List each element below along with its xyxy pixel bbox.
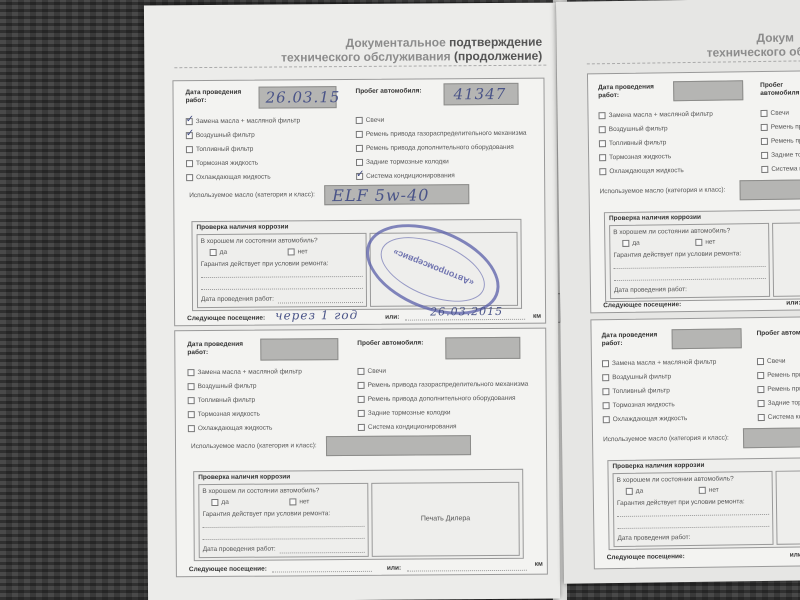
condition-no[interactable]: нет [289, 498, 309, 505]
checkbox[interactable] [187, 369, 194, 376]
warranty-label: Гарантия действует при условии ремонта: [201, 260, 329, 269]
check-spark-plugs[interactable]: Свечи [757, 358, 786, 365]
km-line [405, 319, 525, 321]
checkbox[interactable] [599, 154, 606, 161]
check-spark-plugs[interactable]: Свечи [760, 110, 789, 117]
work-date-line [280, 552, 365, 554]
warranty-line-1 [614, 266, 766, 269]
km-label: км [535, 561, 543, 569]
warranty-label: Гарантия действует при условии ремонта: [617, 498, 745, 508]
check-accessory-belt[interactable]: Ремень привода дополнительного оборудова… [356, 144, 514, 152]
check-rear-brake-pads[interactable]: Задние тормозные колодки [758, 399, 800, 407]
date-label: Дата проведения работ: [187, 341, 247, 357]
divider [174, 65, 546, 69]
checkbox[interactable] [357, 368, 364, 375]
check-brake-fluid[interactable]: Тормозная жидкость [188, 411, 260, 419]
check-air-filter[interactable]: Воздушный фильтр [188, 383, 257, 390]
checkbox[interactable] [358, 382, 365, 389]
work-date-line [278, 302, 363, 304]
dealer-stamp-placeholder: Печать Дилера [372, 515, 518, 524]
km-label: км [533, 313, 541, 321]
warranty-label: Гарантия действует при условии ремонта: [202, 510, 330, 519]
work-date-label: Дата проведения работ: [617, 534, 690, 543]
km-line [407, 570, 527, 572]
work-date-label: Дата проведения работ: [614, 286, 687, 295]
checkbox[interactable] [602, 374, 609, 381]
check-coolant[interactable]: Охлаждающая жидкость [603, 415, 688, 423]
dealer-stamp-area: Печать Дилера [371, 482, 520, 557]
service-record-4: Дата проведения работ: Пробег автомобиля… [590, 316, 800, 569]
check-timing-belt[interactable]: Ремень привода газораспределительного ме… [761, 122, 800, 131]
checkbox[interactable] [757, 372, 764, 379]
checkbox[interactable] [760, 110, 767, 117]
date-field[interactable] [672, 328, 742, 349]
work-date-label: Дата проведения работ: [201, 296, 274, 305]
oil-label: Используемое масло (категория и класс): [189, 191, 315, 200]
corrosion-heading: Проверка наличия коррозии [196, 223, 288, 232]
oil-label: Используемое масло (категория и класс): [191, 442, 317, 451]
checkbox[interactable] [186, 160, 193, 167]
dealer-stamp-area [772, 222, 800, 297]
checkbox[interactable] [356, 145, 363, 152]
check-air-filter[interactable]: Воздушный фильтр [602, 373, 671, 381]
corrosion-questions: В хорошем ли состоянии автомобиль? да не… [613, 471, 774, 547]
checkbox[interactable] [602, 360, 609, 367]
condition-question: В хорошем ли состоянии автомобиль? [613, 227, 730, 237]
checkbox[interactable] [599, 126, 606, 133]
page-title: Докум технического обс [706, 30, 800, 59]
checkbox[interactable] [761, 124, 768, 131]
checkbox[interactable] [761, 152, 768, 159]
checkbox[interactable] [289, 498, 296, 505]
warranty-line-1 [201, 276, 363, 278]
date-field[interactable] [260, 338, 338, 361]
page-title: Документальное подтверждение техническог… [281, 35, 542, 65]
check-coolant[interactable]: Охлаждающая жидкость [599, 167, 684, 175]
checkbox[interactable] [188, 383, 195, 390]
checkbox[interactable] [603, 402, 610, 409]
corrosion-heading: Проверка наличия коррозии [612, 462, 704, 471]
mileage-label: Пробег автомобиля: [760, 81, 800, 98]
date-label: Дата проведения работ: [186, 89, 246, 105]
check-brake-fluid[interactable]: Тормозная жидкость [186, 160, 258, 168]
check-timing-belt[interactable]: Ремень привода газораспределительного ме… [757, 370, 800, 379]
mileage-label: Пробег автомобиля: [357, 340, 423, 348]
warranty-line-2 [203, 538, 365, 540]
check-oil-filter[interactable]: Замена масла + масляной фильтр [187, 368, 301, 376]
checkbox[interactable] [626, 488, 633, 495]
checkbox[interactable] [356, 159, 363, 166]
stamp-date: 26.03.2015 [430, 305, 503, 319]
corrosion-check-section: Проверка наличия коррозии В хорошем ли с… [604, 209, 800, 302]
or-label: или: [387, 565, 401, 573]
checkbox[interactable] [186, 132, 193, 139]
oil-field[interactable] [743, 427, 800, 448]
checkbox[interactable] [186, 146, 193, 153]
warranty-line-1 [617, 514, 769, 517]
divider [587, 60, 800, 64]
mileage-label: Пробег автомобиля: [356, 88, 422, 96]
checkbox[interactable] [699, 487, 706, 494]
next-visit-label: Следующее посещение: [187, 315, 265, 323]
checkbox[interactable] [210, 249, 217, 256]
check-ac-system[interactable]: Система кондиционирования [356, 172, 455, 180]
checkbox[interactable] [761, 138, 768, 145]
corrosion-questions: В хорошем ли состоянии автомобиль? да не… [197, 233, 368, 308]
service-record-2: Дата проведения работ: Пробег автомобиля… [174, 328, 548, 578]
or-label: или: [786, 299, 800, 307]
condition-yes[interactable]: да [210, 249, 227, 256]
left-page: Документальное подтверждение техническог… [144, 3, 560, 600]
checkbox[interactable] [758, 414, 765, 421]
checkbox[interactable] [186, 174, 193, 181]
next-visit-label: Следующее посещение: [189, 566, 267, 574]
mileage-label: Пробег автомобиля: [757, 329, 800, 338]
oil-field[interactable] [739, 179, 800, 200]
corrosion-heading: Проверка наличия коррозии [198, 473, 290, 482]
check-fuel-filter[interactable]: Топливный фильтр [599, 139, 667, 147]
checkbox[interactable] [356, 117, 363, 124]
check-fuel-filter[interactable]: Топливный фильтр [602, 387, 670, 395]
checkbox[interactable] [758, 400, 765, 407]
check-spark-plugs[interactable]: Свечи [356, 117, 385, 124]
corrosion-check-section: Проверка наличия коррозии В хорошем ли с… [193, 469, 524, 561]
check-timing-belt[interactable]: Ремень привода газораспределительного ме… [358, 381, 529, 389]
corrosion-questions: В хорошем ли состоянии автомобиль? да не… [198, 483, 369, 558]
corrosion-questions: В хорошем ли состоянии автомобиль? да не… [609, 223, 770, 299]
oil-field[interactable] [326, 435, 471, 456]
corrosion-heading: Проверка наличия коррозии [609, 214, 701, 223]
checkbox[interactable] [622, 240, 629, 247]
checkbox[interactable] [602, 388, 609, 395]
work-date-label: Дата проведения работ: [203, 546, 276, 555]
condition-no[interactable]: нет [699, 487, 719, 494]
checkbox[interactable] [356, 173, 363, 180]
checkbox[interactable] [188, 425, 195, 432]
checkbox[interactable] [358, 396, 365, 403]
service-record-3: Дата проведения работ: Пробег автомобиля… [587, 70, 800, 313]
next-visit-value: через 1 год [275, 308, 358, 323]
checkbox[interactable] [186, 118, 193, 125]
check-coolant[interactable]: Охлаждающая жидкость [186, 174, 271, 182]
check-accessory-belt[interactable]: Ремень привода дополнительного оборудова… [358, 395, 516, 403]
check-rear-brake-pads[interactable]: Задние тормозные колодки [356, 158, 449, 166]
condition-yes[interactable]: да [626, 488, 644, 495]
check-fuel-filter[interactable]: Топливный фильтр [188, 397, 255, 404]
warranty-line-1 [203, 526, 365, 528]
check-ac-system[interactable]: Система кондиционирования [761, 165, 800, 173]
check-ac-system[interactable]: Система кондиционирования [358, 423, 457, 431]
checkbox[interactable] [356, 131, 363, 138]
condition-question: В хорошем ли состоянии автомобиль? [201, 237, 318, 246]
or-label: или: [385, 314, 399, 322]
warranty-line-2 [201, 288, 363, 290]
condition-yes[interactable]: да [622, 240, 640, 247]
next-visit-label: Следующее посещение: [603, 301, 681, 309]
check-accessory-belt[interactable]: Ремень привода дополнительного оборудова… [761, 136, 800, 145]
checkbox[interactable] [757, 358, 764, 365]
condition-no[interactable]: нет [288, 248, 308, 255]
oil-label: Используемое масло (категория и класс): [603, 434, 729, 444]
check-timing-belt[interactable]: Ремень привода газораспределительного ме… [356, 130, 527, 138]
condition-question: В хорошем ли состоянии автомобиль? [202, 487, 319, 496]
check-oil-filter[interactable]: Замена масла + масляной фильтр [602, 359, 716, 368]
check-fuel-filter[interactable]: Топливный фильтр [186, 146, 253, 153]
right-page: Докум технического обс Дата проведения р… [556, 0, 800, 584]
date-label: Дата проведения работ: [602, 331, 662, 348]
check-spark-plugs[interactable]: Свечи [357, 368, 386, 375]
warranty-label: Гарантия действует при условии ремонта: [613, 250, 741, 260]
corrosion-check-section: Проверка наличия коррозии В хорошем ли с… [607, 457, 800, 550]
oil-value: ELF 5w-40 [332, 185, 429, 205]
condition-question: В хорошем ли состоянии автомобиль? [617, 475, 734, 485]
checkbox[interactable] [288, 248, 295, 255]
warranty-line-2 [617, 526, 769, 529]
date-field[interactable] [673, 80, 743, 101]
check-brake-fluid[interactable]: Тормозная жидкость [599, 153, 671, 161]
date-label: Дата проведения работ: [598, 83, 658, 100]
condition-yes[interactable]: да [211, 499, 228, 506]
checkbox[interactable] [603, 416, 610, 423]
condition-no[interactable]: нет [695, 239, 715, 246]
dealer-stamp-area [776, 470, 800, 545]
checkbox[interactable] [188, 411, 195, 418]
checkbox[interactable] [358, 410, 365, 417]
check-accessory-belt[interactable]: Ремень привода дополнительного оборудова… [757, 384, 800, 393]
warranty-line-2 [614, 278, 766, 281]
check-coolant[interactable]: Охлаждающая жидкость [188, 425, 273, 433]
mileage-field[interactable] [445, 337, 520, 360]
checkbox[interactable] [599, 140, 606, 147]
check-rear-brake-pads[interactable]: Задние тормозные колодки [358, 409, 451, 417]
checkbox[interactable] [757, 386, 764, 393]
next-visit-line [272, 571, 372, 573]
check-rear-brake-pads[interactable]: Задние тормозные колодки [761, 151, 800, 159]
service-record-1: Дата проведения работ: 26.03.15 Пробег а… [172, 78, 546, 327]
oil-label: Используемое масло (категория и класс): [600, 186, 726, 196]
checkbox[interactable] [761, 166, 768, 173]
checkbox[interactable] [599, 168, 606, 175]
check-air-filter[interactable]: Воздушный фильтр [186, 132, 255, 139]
check-air-filter[interactable]: Воздушный фильтр [599, 125, 668, 133]
next-visit-label: Следующее посещение: [607, 553, 685, 561]
mileage-value: 41347 [453, 85, 506, 103]
check-brake-fluid[interactable]: Тормозная жидкость [603, 401, 675, 409]
checkbox[interactable] [188, 397, 195, 404]
check-ac-system[interactable]: Система кондиционирования [758, 413, 800, 421]
check-oil-filter[interactable]: Замена масла + масляной фильтр [598, 111, 712, 120]
check-oil-filter[interactable]: Замена масла + масляной фильтр [186, 117, 300, 125]
checkbox[interactable] [358, 424, 365, 431]
date-value: 26.03.15 [266, 88, 341, 107]
or-label: или: [790, 551, 800, 559]
checkbox[interactable] [211, 499, 218, 506]
checkbox[interactable] [598, 112, 605, 119]
checkbox[interactable] [695, 239, 702, 246]
